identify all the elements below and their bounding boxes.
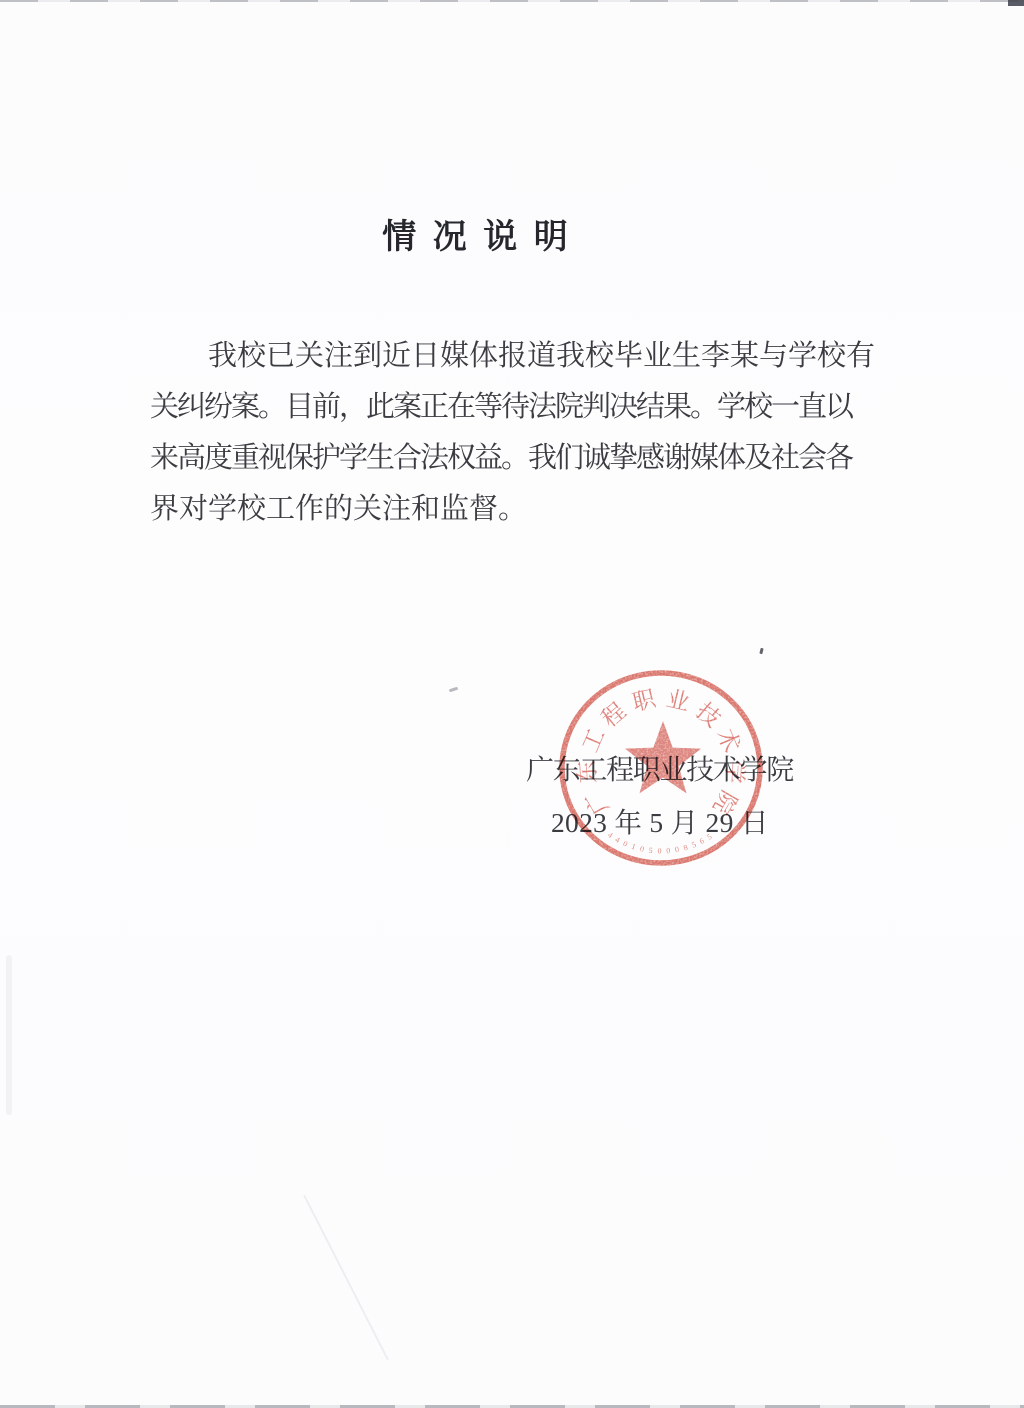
svg-text:5: 5 [648,846,653,855]
scan-corner-mark [1008,0,1024,6]
svg-text:4: 4 [606,830,615,840]
paragraph-line: 关纠纷案。目前，此案正在等待法院判决结果。学校一直以 [150,382,872,433]
paragraph-line: 界对学校工作的关注和监督。 [150,484,872,535]
svg-text:4: 4 [614,835,622,845]
svg-text:东: 东 [574,760,600,784]
scan-crease [303,1195,389,1361]
seal-star-icon [625,721,701,793]
svg-text:5: 5 [705,832,713,842]
svg-text:6: 6 [698,836,706,846]
svg-text:院: 院 [708,786,741,818]
svg-text:0: 0 [657,846,661,855]
document-title: 情 况 说 明 [277,220,677,256]
scan-smudge [6,955,12,1115]
svg-text:1: 1 [630,842,637,852]
paragraph-line: 我校已关注到近日媒体报道我校毕业生李某与学校有 [150,331,872,382]
seal-serial-number: 4401050008565 [606,830,714,855]
body-paragraph: 我校已关注到近日媒体报道我校毕业生李某与学校有关纠纷案。目前，此案正在等待法院判… [150,331,872,535]
svg-text:8: 8 [682,843,688,853]
scan-speck [759,648,763,655]
svg-text:职: 职 [630,686,659,716]
svg-text:0: 0 [639,844,645,854]
svg-text:工: 工 [577,725,609,756]
scan-edge-top [0,0,1024,2]
svg-text:程: 程 [597,698,631,732]
svg-text:术: 术 [712,725,744,756]
scanned-document-page: 情 况 说 明 我校已关注到近日媒体报道我校毕业生李某与学校有关纠纷案。目前，此… [0,0,1024,1408]
svg-text:0: 0 [674,845,680,855]
svg-text:广: 广 [581,786,614,818]
paragraph-line: 来高度重视保护学生合法权益。我们诚挚感谢媒体及社会各 [150,433,872,484]
scan-speck [449,687,458,693]
svg-text:学: 学 [721,760,747,784]
official-seal-stamp: 广东工程职业技术学院 4401050008565 [556,668,768,870]
svg-text:技: 技 [691,698,725,732]
svg-text:0: 0 [666,846,671,855]
svg-text:5: 5 [690,840,697,850]
svg-text:业: 业 [664,686,692,716]
svg-text:0: 0 [622,839,629,849]
